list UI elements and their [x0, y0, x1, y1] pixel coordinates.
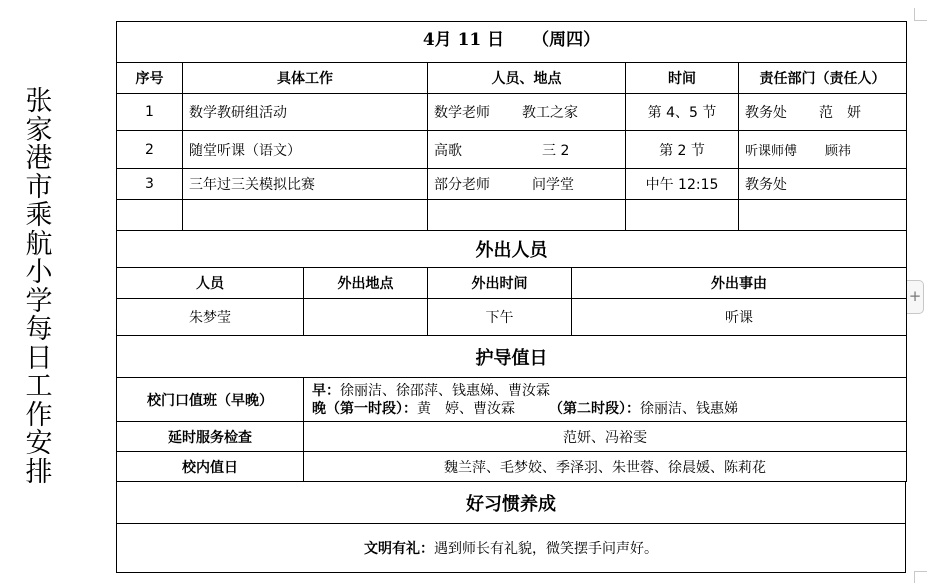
row-place: 三 2	[542, 143, 569, 159]
row-time	[626, 200, 739, 231]
title-char: 小	[22, 259, 56, 288]
row-dept: 教务处范 妍	[739, 94, 907, 131]
row-task: 数学教研组活动	[183, 94, 428, 131]
col-header-dept: 责任部门（责任人）	[739, 63, 907, 94]
evening-names-2: 徐丽洁、钱惠娣	[640, 401, 738, 417]
after-school-label: 延时服务检查	[117, 422, 304, 452]
row-task	[183, 200, 428, 231]
gate-duty-names: 早：徐丽洁、徐邵萍、钱惠娣、曹汝霖 晚（第一时段）：黄 婷、曹汝霖（第二时段）：…	[304, 378, 907, 422]
habits-content: 文明有礼：遇到师长有礼貌，微笑摆手问声好。	[117, 524, 906, 573]
weekday-text: （周四）	[532, 30, 600, 50]
plus-icon: +	[909, 287, 922, 305]
table-row-empty	[117, 200, 907, 231]
row-time: 第 4、5 节	[626, 94, 739, 131]
row-no	[117, 200, 183, 231]
table-row: 朱梦莹 下午 听课	[117, 299, 907, 336]
evening-label-1: 晚（第一时段）：	[312, 401, 417, 417]
duty-section-title: 护导值日	[117, 336, 907, 378]
title-char: 市	[22, 174, 56, 203]
date-text: 4月 11 日	[423, 30, 504, 50]
outing-header-row: 人员 外出地点 外出时间 外出事由	[117, 268, 907, 299]
title-char: 排	[22, 459, 56, 488]
habits-text: 遇到师长有礼貌，微笑摆手问声好。	[434, 541, 658, 557]
row-people: 数学老师	[434, 105, 490, 121]
row-people-place	[428, 200, 626, 231]
schedule-header-row: 序号 具体工作 人员、地点 时间 责任部门（责任人）	[117, 63, 907, 94]
outing-reason: 听课	[572, 299, 907, 336]
table-row: 文明有礼：遇到师长有礼貌，微笑摆手问声好。	[117, 524, 906, 573]
title-char: 作	[22, 402, 56, 431]
duty-table: 护导值日 校门口值班（早晚） 早：徐丽洁、徐邵萍、钱惠娣、曹汝霖 晚（第一时段）…	[116, 335, 907, 482]
habits-label: 文明有礼：	[364, 541, 434, 557]
outing-place	[304, 299, 428, 336]
row-owner: 范 妍	[819, 105, 861, 121]
campus-duty-names: 魏兰萍、毛梦姣、季泽羽、朱世蓉、徐晨媛、陈莉花	[304, 452, 907, 482]
col-header-no: 序号	[117, 63, 183, 94]
title-char: 港	[22, 145, 56, 174]
title-char: 学	[22, 288, 56, 317]
title-char: 工	[22, 373, 56, 402]
title-char: 乘	[22, 202, 56, 231]
row-dept: 教务处	[739, 169, 907, 200]
row-people: 部分老师	[434, 177, 490, 193]
title-char: 家	[22, 117, 56, 146]
col-header-time: 时间	[626, 63, 739, 94]
row-dept-name: 听课师傅	[745, 144, 797, 159]
row-dept-name: 教务处	[745, 105, 787, 121]
row-no: 3	[117, 169, 183, 200]
outing-time: 下午	[428, 299, 572, 336]
table-row: 3 三年过三关模拟比赛 部分老师问学堂 中午 12:15 教务处	[117, 169, 907, 200]
outing-person: 朱梦莹	[117, 299, 304, 336]
title-char: 航	[22, 231, 56, 260]
morning-names: 徐丽洁、徐邵萍、钱惠娣、曹汝霖	[340, 383, 550, 399]
row-people-place: 数学老师教工之家	[428, 94, 626, 131]
campus-duty-label: 校内值日	[117, 452, 304, 482]
title-char: 安	[22, 430, 56, 459]
table-row: 校内值日 魏兰萍、毛梦姣、季泽羽、朱世蓉、徐晨媛、陈莉花	[117, 452, 907, 482]
row-people: 高歌	[434, 143, 462, 159]
after-school-names: 范妍、冯裕雯	[304, 422, 907, 452]
vertical-document-title: 张 家 港 市 乘 航 小 学 每 日 工 作 安 排	[22, 88, 56, 487]
row-place: 教工之家	[522, 105, 578, 121]
col-header-time: 外出时间	[428, 268, 572, 299]
table-row: 校门口值班（早晚） 早：徐丽洁、徐邵萍、钱惠娣、曹汝霖 晚（第一时段）：黄 婷、…	[117, 378, 907, 422]
title-char: 张	[22, 88, 56, 117]
evening-names-1: 黄 婷、曹汝霖	[417, 401, 515, 417]
habits-table: 好习惯养成 文明有礼：遇到师长有礼貌，微笑摆手问声好。	[116, 481, 906, 573]
table-row: 1 数学教研组活动 数学老师教工之家 第 4、5 节 教务处范 妍	[117, 94, 907, 131]
row-people-place: 高歌三 2	[428, 131, 626, 169]
add-row-button[interactable]: +	[907, 280, 924, 314]
row-dept: 听课师傅顾祎	[739, 131, 907, 169]
schedule-table: 4月 11 日（周四） 序号 具体工作 人员、地点 时间 责任部门（责任人） 1…	[116, 21, 907, 231]
page-corner-mark	[914, 8, 927, 21]
row-owner: 顾祎	[825, 144, 851, 159]
row-dept-name: 教务处	[745, 177, 787, 193]
table-row: 延时服务检查 范妍、冯裕雯	[117, 422, 907, 452]
page-corner-mark	[914, 571, 927, 583]
row-dept	[739, 200, 907, 231]
row-time: 第 2 节	[626, 131, 739, 169]
morning-label: 早：	[312, 383, 340, 399]
col-header-reason: 外出事由	[572, 268, 907, 299]
after-school-label-text: 延时服务检查	[168, 430, 252, 446]
schedule-document: 4月 11 日（周四） 序号 具体工作 人员、地点 时间 责任部门（责任人） 1…	[116, 21, 906, 573]
row-place: 问学堂	[532, 177, 574, 193]
row-people-place: 部分老师问学堂	[428, 169, 626, 200]
title-char: 每	[22, 316, 56, 345]
table-row: 2 随堂听课（语文） 高歌三 2 第 2 节 听课师傅顾祎	[117, 131, 907, 169]
evening-label-2: （第二时段）：	[549, 401, 640, 417]
col-header-people-place: 人员、地点	[428, 63, 626, 94]
outing-section-title: 外出人员	[117, 231, 907, 268]
col-header-task: 具体工作	[183, 63, 428, 94]
col-header-place: 外出地点	[304, 268, 428, 299]
row-task: 三年过三关模拟比赛	[183, 169, 428, 200]
row-time: 中午 12:15	[626, 169, 739, 200]
date-header: 4月 11 日（周四）	[117, 22, 907, 63]
row-no: 2	[117, 131, 183, 169]
col-header-person: 人员	[117, 268, 304, 299]
gate-duty-label: 校门口值班（早晚）	[117, 378, 304, 422]
row-no: 1	[117, 94, 183, 131]
outing-table: 外出人员 人员 外出地点 外出时间 外出事由 朱梦莹 下午 听课	[116, 230, 907, 336]
title-char: 日	[22, 345, 56, 374]
habits-section-title: 好习惯养成	[117, 482, 906, 524]
row-task: 随堂听课（语文）	[183, 131, 428, 169]
